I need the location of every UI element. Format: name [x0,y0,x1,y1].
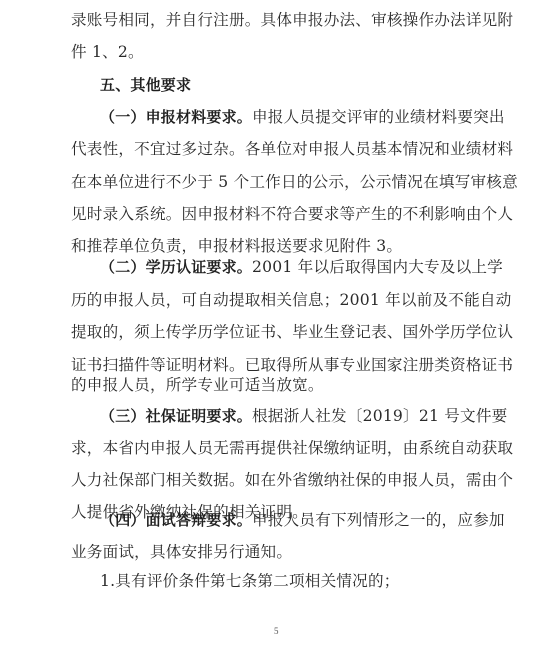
list-item: 1.具有评价条件第七条第二项相关情况的； [100,569,485,593]
paragraph-line: 录账号相同，并自行注册。具体申报办法、审核操作办法详见附 [71,8,485,32]
paragraph-line: 业务面试，具体安排另行通知。 [71,540,485,564]
section-3-title: （三）社保证明要求。 [100,407,252,425]
section-3-first-line: （三）社保证明要求。根据浙人社发〔2019〕21 号文件要 [100,404,485,428]
section-1-title: （一）申报材料要求。 [100,108,252,126]
paragraph-line: 见时录入系统。因申报材料不符合要求等产生的不利影响由个人 [71,202,485,226]
section-1-first-line: （一）申报材料要求。申报人员提交评审的业绩材料要突出 [100,105,485,129]
paragraph-line: 人力社保部门相关数据。如在外省缴纳社保的申报人员，需由个 [71,468,485,492]
section-4-first-line: （四）面试答辩要求。申报人员有下列情形之一的，应参加 [100,508,485,532]
paragraph-line: 在本单位进行不少于 5 个工作日的公示，公示情况在填写审核意 [71,170,485,194]
paragraph-line: 件 1、2。 [71,40,485,64]
paragraph-line: 历的申报人员，可自动提取相关信息；2001 年以前及不能自动 [71,288,485,312]
paragraph-line: 提取的，须上传学历学位证书、毕业生登记表、国外学历学位认 [71,320,485,344]
section-2-first-line: （二）学历认证要求。2001 年以后取得国内大专及以上学 [100,255,485,279]
section-4-title: （四）面试答辩要求。 [100,511,252,529]
document-page: 录账号相同，并自行注册。具体申报办法、审核操作办法详见附 件 1、2。 五、其他… [0,0,554,657]
section-heading: 五、其他要求 [100,73,485,97]
page-number: 5 [274,626,279,636]
paragraph-line: 的申报人员，所学专业可适当放宽。 [71,373,485,397]
paragraph-line: 求，本省内申报人员无需再提供社保缴纳证明，由系统自动获取 [71,436,485,460]
section-2-title: （二）学历认证要求。 [100,258,252,276]
paragraph-line: 代表性，不宜过多过杂。各单位对申报人员基本情况和业绩材料 [71,137,485,161]
